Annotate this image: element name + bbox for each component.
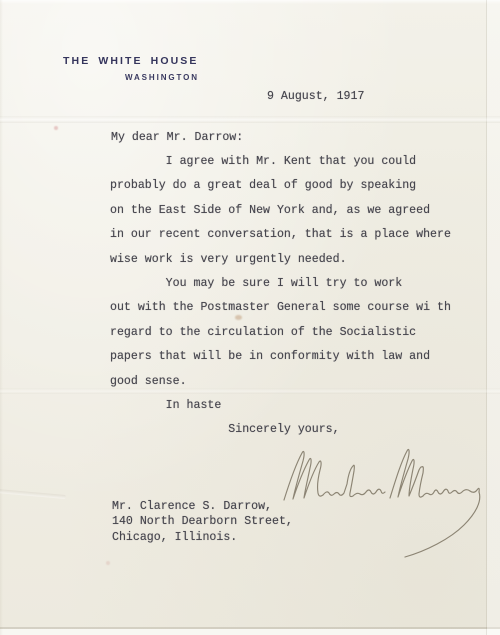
recipient-line: Chicago, Illinois. [112,530,293,545]
letter-body: I agree with Mr. Kent that you couldprob… [110,150,451,443]
salutation: My dear Mr. Darrow: [111,131,243,144]
paper-speck [106,561,110,565]
body-line: In haste [110,394,451,418]
recipient-line: Mr. Clarence S. Darrow, [112,499,293,514]
body-line: papers that will be in conformity with l… [110,345,451,369]
body-line: probably do a great deal of good by spea… [110,174,451,198]
signature-woodrow-wilson [268,440,493,565]
body-line: in our recent conversation, that is a pl… [110,223,451,247]
date-line: 9 August, 1917 [267,90,364,103]
paper-edge-top [0,0,500,4]
body-line: wise work is very urgently needed. [110,248,451,272]
body-line: on the East Side of New York and, as we … [110,199,451,223]
body-line: I agree with Mr. Kent that you could [110,150,451,174]
letter-page: THE WHITE HOUSE WASHINGTON 9 August, 191… [0,0,500,635]
letterhead-title: THE WHITE HOUSE [63,55,199,67]
body-line: out with the Postmaster General some cou… [110,296,451,320]
paper-edge-left [0,0,3,635]
body-line: regard to the circulation of the Sociali… [110,321,451,345]
letterhead-subtitle: WASHINGTON [125,73,199,82]
paper-speck [54,126,58,130]
recipient-line: 140 North Dearborn Street, [112,514,293,529]
fold-crease-top [0,116,500,123]
body-line: You may be sure I will try to work [110,272,451,296]
body-line: good sense. [110,370,451,394]
paper-edge-bottom [0,627,500,635]
corner-crease [0,489,66,499]
recipient-address: Mr. Clarence S. Darrow,140 North Dearbor… [112,499,293,545]
